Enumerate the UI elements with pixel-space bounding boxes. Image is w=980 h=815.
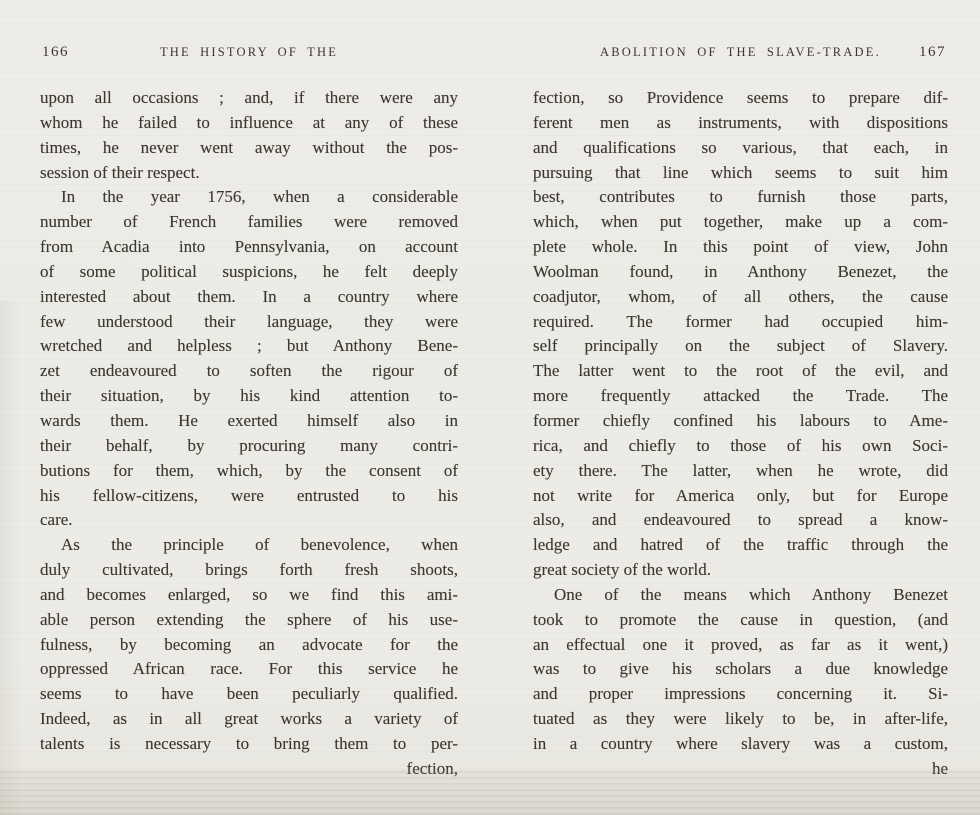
text-line: their situation, by his kind attention t… <box>40 384 458 409</box>
text-line: also, and endeavoured to spread a know- <box>533 508 948 533</box>
text-line: pursuing that line which seems to suit h… <box>533 161 948 186</box>
scan-edge-shading <box>0 300 22 815</box>
text-line: fulness, by becoming an advocate for the <box>40 633 458 658</box>
left-running-title: THE HISTORY OF THE <box>40 42 458 63</box>
text-line: number of French families were removed <box>40 210 458 235</box>
text-line: oppressed African race. For this service… <box>40 657 458 682</box>
right-page-number: 167 <box>919 42 946 63</box>
text-line: great society of the world. <box>533 558 948 583</box>
text-line: their behalf, by procuring many contri- <box>40 434 458 459</box>
text-line: care. <box>40 508 458 533</box>
text-line: The latter went to the root of the evil,… <box>533 359 948 384</box>
scan-artifact-band <box>0 769 980 815</box>
text-line: ferent men as instruments, with disposit… <box>533 111 948 136</box>
left-page: 166 THE HISTORY OF THE upon all occasion… <box>40 42 458 782</box>
text-line: and proper impressions concerning it. Si… <box>533 682 948 707</box>
left-page-number: 166 <box>42 42 69 63</box>
text-line: which, when put together, make up a com- <box>533 210 948 235</box>
text-line: more frequently attacked the Trade. The <box>533 384 948 409</box>
text-line: wretched and helpless ; but Anthony Bene… <box>40 334 458 359</box>
text-line: ety there. The latter, when he wrote, di… <box>533 459 948 484</box>
left-text-column: upon all occasions ; and, if there were … <box>40 86 458 782</box>
text-line: tuated as they were likely to be, in aft… <box>533 707 948 732</box>
text-line: was to give his scholars a due knowledge <box>533 657 948 682</box>
text-line: session of their respect. <box>40 161 458 186</box>
text-line: ledge and hatred of the traffic through … <box>533 533 948 558</box>
text-line: in a country where slavery was a custom, <box>533 732 948 757</box>
text-line: interested about them. In a country wher… <box>40 285 458 310</box>
text-line: and becomes enlarged, so we find this am… <box>40 583 458 608</box>
text-line: seems to have been peculiarly qualified. <box>40 682 458 707</box>
text-line: One of the means which Anthony Benezet <box>533 583 948 608</box>
text-line: Indeed, as in all great works a variety … <box>40 707 458 732</box>
text-line: his fellow-citizens, were entrusted to h… <box>40 484 458 509</box>
text-line: plete whole. In this point of view, John <box>533 235 948 260</box>
text-line: of some political suspicions, he felt de… <box>40 260 458 285</box>
text-line: Woolman found, in Anthony Benezet, the <box>533 260 948 285</box>
text-line: former chiefly confined his labours to A… <box>533 409 948 434</box>
text-line: zet endeavoured to soften the rigour of <box>40 359 458 384</box>
text-line: an effectual one it proved, as far as it… <box>533 633 948 658</box>
text-line: upon all occasions ; and, if there were … <box>40 86 458 111</box>
right-running-head: ABOLITION OF THE SLAVE-TRADE. 167 <box>533 42 948 63</box>
text-line: and qualifications so various, that each… <box>533 136 948 161</box>
text-line: required. The former had occupied him- <box>533 310 948 335</box>
text-line: few understood their language, they were <box>40 310 458 335</box>
text-line: self principally on the subject of Slave… <box>533 334 948 359</box>
text-line: As the principle of benevolence, when <box>40 533 458 558</box>
text-line: best, contributes to furnish those parts… <box>533 185 948 210</box>
right-running-title: ABOLITION OF THE SLAVE-TRADE. <box>533 42 948 63</box>
text-line: coadjutor, whom, of all others, the caus… <box>533 285 948 310</box>
text-line: fection, so Providence seems to prepare … <box>533 86 948 111</box>
left-running-head: 166 THE HISTORY OF THE <box>40 42 458 63</box>
text-line: rica, and chiefly to those of his own So… <box>533 434 948 459</box>
text-line: butions for them, which, by the consent … <box>40 459 458 484</box>
text-line: whom he failed to influence at any of th… <box>40 111 458 136</box>
text-line: duly cultivated, brings forth fresh shoo… <box>40 558 458 583</box>
text-line: wards them. He exerted himself also in <box>40 409 458 434</box>
text-line: from Acadia into Pennsylvania, on accoun… <box>40 235 458 260</box>
text-line: In the year 1756, when a considerable <box>40 185 458 210</box>
text-line: able person extending the sphere of his … <box>40 608 458 633</box>
text-line: not write for America only, but for Euro… <box>533 484 948 509</box>
right-page: ABOLITION OF THE SLAVE-TRADE. 167 fectio… <box>533 42 948 782</box>
right-text-column: fection, so Providence seems to prepare … <box>533 86 948 782</box>
text-line: times, he never went away without the po… <box>40 136 458 161</box>
text-line: talents is necessary to bring them to pe… <box>40 732 458 757</box>
text-line: took to promote the cause in question, (… <box>533 608 948 633</box>
